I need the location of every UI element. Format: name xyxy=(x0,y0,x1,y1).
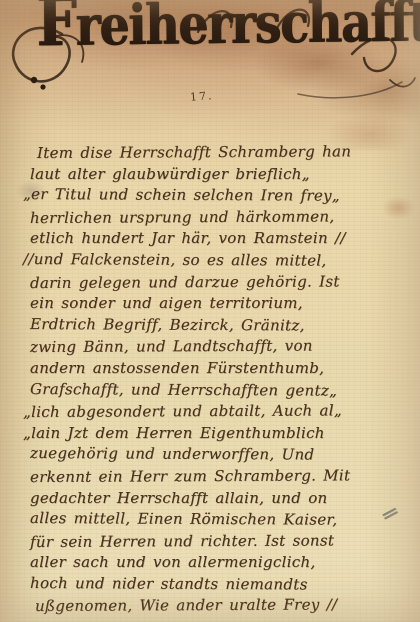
manuscript-line: „er Titul und schein selchen Iren frey„ xyxy=(23,184,410,208)
page-title: Freiherrschafft xyxy=(36,0,420,62)
manuscript-line: herrlichen ursprung und härkommen, xyxy=(30,206,410,230)
manuscript-line: gedachter Herrschafft allain, und on xyxy=(30,488,410,510)
manuscript-line: aller sach und von allermenigclich, xyxy=(30,552,410,574)
manuscript-line: „lich abgesondert und abtailt, Auch al„ xyxy=(23,400,410,424)
manuscript-line: //und Falckenstein, so es alles mittel, xyxy=(23,249,410,273)
manuscript-line: hoch und nider standts niemandts xyxy=(30,573,410,597)
manuscript-line: alles mittell, Einen Römischen Kaiser, xyxy=(30,508,410,532)
manuscript-line: darin gelegen und darzue gehörig. Ist xyxy=(30,271,410,295)
manuscript-line: zwing Bänn, und Landtschafft, von xyxy=(30,335,410,359)
manuscript-line: ein sonder und aigen territorium, xyxy=(30,293,410,315)
manuscript-line: erkennt ein Herr zum Schramberg. Mit xyxy=(30,465,410,489)
manuscript-page: Freiherrschafft 17. Item dise Herrschaff… xyxy=(0,0,420,622)
manuscript-body: Item dise Herrschafft Schramberg hanlaut… xyxy=(30,142,410,617)
manuscript-line: laut alter glaubwürdiger brieflich„ xyxy=(30,164,410,186)
page-number-mark: 17. xyxy=(190,89,214,104)
manuscript-line: Item dise Herrschafft Schramberg han xyxy=(30,141,410,165)
manuscript-line: andern anstossenden Fürstenthumb, xyxy=(30,358,410,380)
manuscript-line: Erdtrich Begriff, Bezirck, Gränitz, xyxy=(30,314,410,338)
manuscript-line: Grafschafft, und Herrschafften gentz„ xyxy=(30,379,410,403)
manuscript-line: „lain Jzt dem Herren Eigenthumblich xyxy=(23,423,410,445)
manuscript-line: ußgenomen, Wie ander uralte Frey // xyxy=(30,594,410,618)
manuscript-line: etlich hundert Jar här, von Ramstein // xyxy=(30,228,410,250)
manuscript-line: zuegehörig und underworffen, Und xyxy=(30,443,410,467)
manuscript-line: für sein Herren und richter. Ist sonst xyxy=(30,530,410,554)
